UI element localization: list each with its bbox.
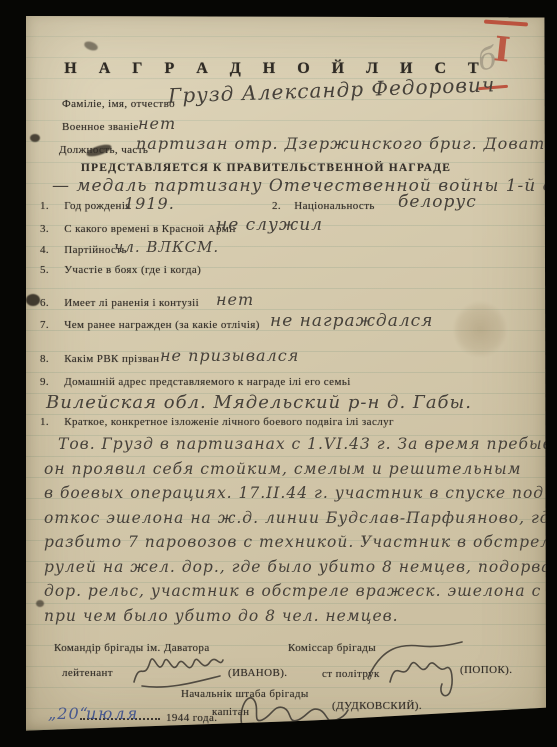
commander-name: (ИВАНОВ). [228,667,287,679]
row-number: 1. [40,416,49,428]
scanned-award-document: { "title": "Н А Г Р А Д Н О Й Л И С Т", … [0,0,557,747]
row-label: Домашнiй адрес представляемого к награде… [64,376,350,388]
citation-line: дор. рельс, участник в обстреле вражеск.… [44,579,557,604]
wounds-value: нет [216,290,254,309]
row-number: 5. [40,264,49,276]
row-label: Год рожденiя [64,200,131,212]
rvk-value: не призывался [160,346,299,365]
commissar-signature [362,638,466,700]
citation-label: Краткое, конкретное iзложенiе лiчного бо… [64,416,394,428]
row-label: Имеет лi раненiя i контузii [64,297,199,309]
row-label: Нацiональность [294,200,375,212]
row-number: 2. [272,200,281,212]
row-number: 4. [40,244,49,256]
commander-signature [130,648,226,690]
row-number: 1. [40,200,49,212]
nationality-value: белорус [398,192,477,212]
surname-label: Фамiлiе, iмя, отчество [62,98,175,110]
row-number: 7. [40,319,49,331]
rank-value: нет [138,114,176,133]
commander-rank: лейтенант [62,667,113,679]
date-year: 1944 года. [166,712,217,724]
citation-line: Тов. Грузд в партизанах с 1.VI.43 г. За … [58,432,557,457]
edge-spot [36,600,44,607]
row-wounds: 6. Имеет лi раненiя i контузii [40,297,199,309]
citation-line: при чем было убито до 8 чел. немцев. [44,604,557,629]
citation-line: рулей на жел. дор., где было убито 8 нем… [44,555,557,580]
chief-name: (ДУДКОВСКИЙ). [332,700,422,712]
red-pencil-line-mark [484,19,528,26]
citation-line: разбито 7 паровозов с техникой. Участник… [44,530,557,555]
birth-year-value: 1919. [124,194,175,213]
red-army-value: не служил [216,215,323,235]
paper-stain [454,302,506,357]
row-rvk: 8. Какiм РВК прiзван [40,353,159,365]
position-label: Должность, часть [59,144,148,156]
date-month-line: июля [80,718,160,720]
row-label: Участiе в боях (где i когда) [64,264,201,276]
date-day: „20“ [48,704,89,723]
previous-awards-value: не награждался [270,311,433,331]
rank-label: Военное званiе [62,121,139,133]
row-battles: 5. Участiе в боях (где i когда) [40,264,201,276]
row-label: Какiм РВК прiзван [64,353,159,365]
position-value: партизан отр. Дзержинского бриг. Доватор… [136,134,557,153]
edge-spot [30,134,40,142]
citation-line: откос эшелона на ж.д. линии Будслав-Парф… [44,506,557,531]
party-value: чл. ВЛКСМ. [114,238,219,256]
row-label: Чем ранее награжден (за какiе отлiчiя) [64,319,260,331]
commissar-name: (ПОПОК). [460,664,512,676]
row-previous-awards: 7. Чем ранее награжден (за какiе отлiчiя… [40,319,260,331]
row-red-army: 3. С какого временi в Красной Армii [40,223,236,235]
citation-header: 1. Краткое, конкретное iзложенiе лiчного… [40,416,394,428]
row-number: 8. [40,353,49,365]
row-number: 6. [40,297,49,309]
citation-line: в боевых операциях. 17.II.44 г. участник… [44,481,557,506]
address-value: Вилейская обл. Мядельский р-н д. Габы. [46,392,472,413]
row-nationality: 2. Нацiональность [272,200,375,212]
award-heading: ПРЕДСТАВЛЯЕТСЯ К ПРАВИТЕЛЬСТВЕННОЙ НАГРА… [26,162,506,174]
row-number: 3. [40,223,49,235]
row-address: 9. Домашнiй адрес представляемого к нагр… [40,376,351,388]
citation-text: Тов. Грузд в партизанах с 1.VI.43 г. За … [44,432,557,628]
row-number: 9. [40,376,49,388]
document-paper: б I Н А Г Р А Д Н О Й Л И С Т Фамiлiе, i… [26,16,546,732]
date-month: июля [86,704,139,723]
edge-spot [83,40,99,52]
row-birth-year: 1. Год рожденiя [40,200,131,212]
edge-spot [26,294,40,306]
award-value: — медаль партизану Отечественной войны 1… [52,176,557,196]
citation-line: он проявил себя стойким, смелым и решите… [44,457,557,482]
row-label: С какого временi в Красной Армii [64,223,236,235]
